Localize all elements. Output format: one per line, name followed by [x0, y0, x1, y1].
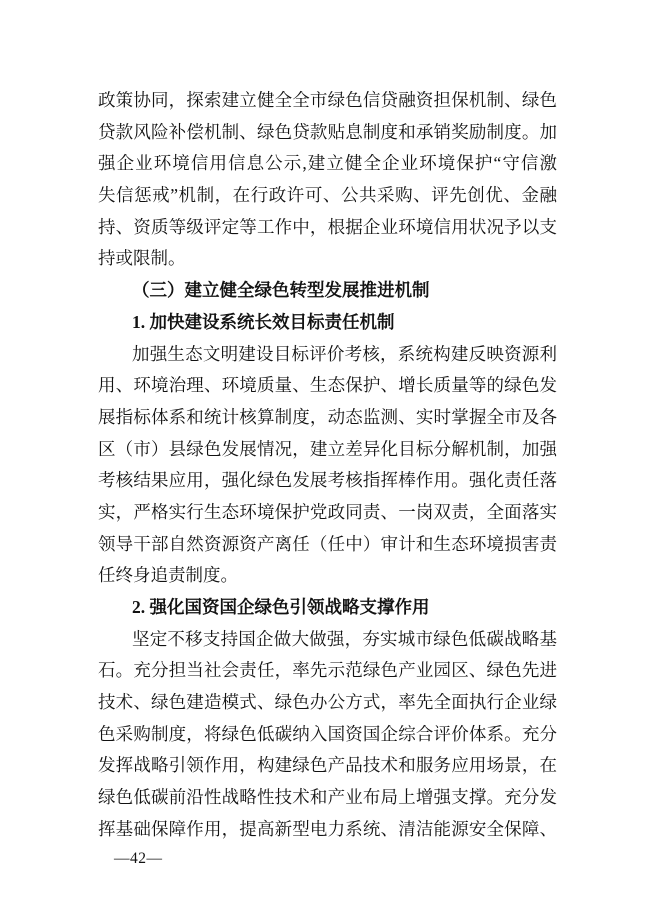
sub-heading: 2. 强化国资国企绿色引领战略支撑作用: [98, 592, 557, 624]
body-line: 实，严格实行生态环境保护党政同责、一岗双责，全面落实: [98, 497, 557, 529]
body-line: 技术、绿色建造模式、绿色办公方式，率先全面执行企业绿: [98, 687, 557, 719]
body-line: 持或限制。: [98, 243, 557, 275]
body-line: 加强生态文明建设目标评价考核，系统构建反映资源利: [98, 339, 557, 371]
body-line: 持、资质等级评定等工作中，根据企业环境信用状况予以支: [98, 212, 557, 244]
section-heading: （三）建立健全绿色转型发展推进机制: [98, 275, 557, 307]
body-line: 用、环境治理、环境质量、生态保护、增长质量等的绿色发: [98, 370, 557, 402]
document-body: 政策协同，探索建立健全全市绿色信贷融资担保机制、绿色 贷款风险补偿机制、绿色贷款…: [98, 85, 557, 846]
body-line: 发挥战略引领作用，构建绿色产品技术和服务应用场景，在: [98, 750, 557, 782]
page-number: —42—: [114, 849, 163, 869]
body-line: 任终身追责制度。: [98, 560, 557, 592]
body-line: 坚定不移支持国企做大做强，夯实城市绿色低碳战略基: [98, 624, 557, 656]
body-line: 绿色低碳前沿性战略性技术和产业布局上增强支撑。充分发: [98, 782, 557, 814]
body-line: 失信惩戒”机制，在行政许可、公共采购、评先创优、金融支: [98, 180, 557, 212]
document-page: 政策协同，探索建立健全全市绿色信贷融资担保机制、绿色 贷款风险补偿机制、绿色贷款…: [0, 0, 650, 919]
body-line: 石。充分担当社会责任，率先示范绿色产业园区、绿色先进: [98, 655, 557, 687]
body-line: 展指标体系和统计核算制度，动态监测、实时掌握全市及各: [98, 402, 557, 434]
body-line: 政策协同，探索建立健全全市绿色信贷融资担保机制、绿色: [98, 85, 557, 117]
sub-heading: 1. 加快建设系统长效目标责任机制: [98, 307, 557, 339]
body-line: 强企业环境信用信息公示,建立健全企业环境保护“守信激励、: [98, 148, 557, 180]
body-line: 考核结果应用，强化绿色发展考核指挥棒作用。强化责任落: [98, 465, 557, 497]
body-line: 贷款风险补偿机制、绿色贷款贴息制度和承销奖励制度。加: [98, 117, 557, 149]
body-line: 领导干部自然资源资产离任（任中）审计和生态环境损害责: [98, 529, 557, 561]
body-line: 色采购制度，将绿色低碳纳入国资国企综合评价体系。充分: [98, 719, 557, 751]
body-line: 区（市）县绿色发展情况，建立差异化目标分解机制，加强: [98, 434, 557, 466]
body-line: 挥基础保障作用，提高新型电力系统、清洁能源安全保障、: [98, 814, 557, 846]
